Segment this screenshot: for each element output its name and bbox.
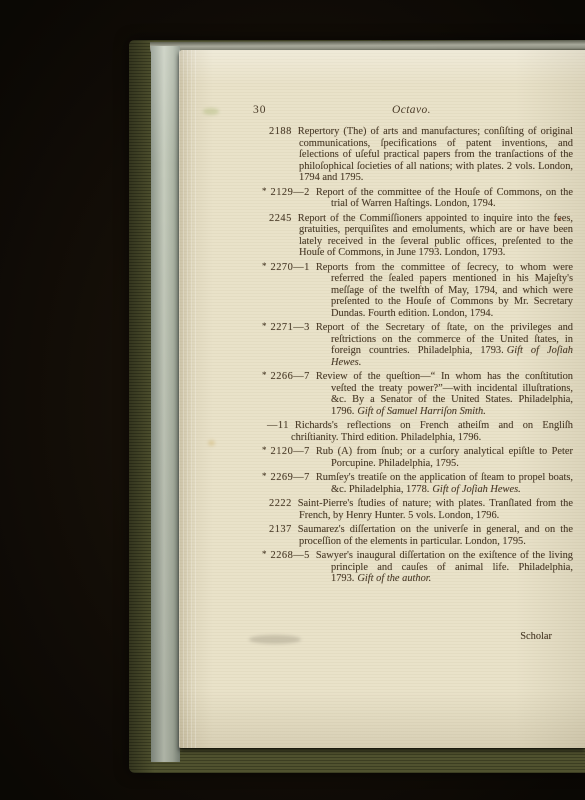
entry-text: Saumarez's diſſertation on the univerſe … — [298, 524, 573, 547]
catalog-entry: —11Richards's reflections on French athe… — [267, 420, 573, 443]
entry-number: 2222 — [269, 498, 292, 509]
entry-text: Report of the committee of the Houſe of … — [316, 187, 573, 210]
gift-note: Gift of Joſiah Hewes. — [432, 484, 520, 495]
entry-number: 2268—5 — [271, 550, 310, 561]
entry-text: Report of the Commiſſioners appointed to… — [298, 213, 573, 259]
catalog-entry: 2245Report of the Commiſſioners appointe… — [269, 213, 573, 259]
ownership-star-icon: * — [262, 321, 267, 331]
entry-text: Richards's reflections on French atheiſm… — [291, 420, 573, 443]
ownership-star-icon: * — [262, 370, 267, 380]
gift-note: Gift of the author. — [357, 573, 431, 584]
ownership-star-icon: * — [262, 471, 267, 481]
entry-text: Saint-Pierre's ſtudies of nature; with p… — [298, 498, 573, 521]
book-photo: 30 Octavo. 2188Repertory (The) of arts a… — [0, 0, 585, 800]
entry-number: 2271—3 — [271, 322, 310, 333]
catalog-page: 30 Octavo. 2188Repertory (The) of arts a… — [179, 50, 585, 748]
entries: 2188Repertory (The) of arts and manufact… — [179, 126, 576, 588]
catalog-entry: 2222Saint-Pierre's ſtudies of nature; wi… — [269, 498, 573, 521]
entry-number: 2245 — [269, 213, 292, 224]
entry-number: 2129—2 — [271, 187, 310, 198]
entry-text: Sawyer's inaugural diſſertation on the e… — [316, 550, 573, 584]
entry-number: 2269—7 — [271, 472, 310, 483]
catalog-entry: *2271—3Report of the Secretary of ſtate,… — [262, 322, 573, 368]
ownership-star-icon: * — [262, 261, 267, 271]
catalog-entry: *2129—2Report of the committee of the Ho… — [262, 187, 573, 210]
catalog-entry: *2270—1Reports from the committee of ſec… — [262, 262, 573, 320]
ownership-star-icon: * — [262, 186, 267, 196]
catalog-entry: 2188Repertory (The) of arts and manufact… — [269, 126, 573, 184]
entry-number: 2120—7 — [271, 446, 310, 457]
catalog-entry: *2268—5Sawyer's inaugural diſſertation o… — [262, 550, 573, 585]
gift-note: Gift of Samuel Harriſon Smith. — [357, 406, 485, 417]
ownership-star-icon: * — [262, 445, 267, 455]
hinge-cloth-strip — [151, 46, 180, 762]
catalog-entry: *2269—7Rumſey's treatiſe on the applicat… — [262, 472, 573, 495]
catalog-entry: *2266—7Review of the queſtion—“ In whom … — [262, 371, 573, 417]
ownership-star-icon: * — [262, 549, 267, 559]
entry-number: 2188 — [269, 126, 292, 137]
entry-number: —11 — [267, 420, 289, 431]
entry-text: Rub (A) from ſnub; or a curſory analytic… — [316, 446, 573, 469]
catalog-entry: 2137Saumarez's diſſertation on the unive… — [269, 524, 573, 547]
entry-text: Reports from the committee of ſecrecy, t… — [316, 262, 573, 319]
entry-number: 2270—1 — [271, 262, 310, 273]
paper-stain — [203, 108, 219, 115]
entry-number: 2137 — [269, 524, 292, 535]
paper-stain — [249, 635, 301, 644]
catchword: Scholar — [520, 631, 552, 642]
running-title: Octavo. — [392, 104, 431, 116]
entry-number: 2266—7 — [271, 371, 310, 382]
page-number: 30 — [253, 104, 267, 116]
entry-text: Repertory (The) of arts and manufactures… — [298, 126, 573, 183]
catalog-entry: *2120—7Rub (A) from ſnub; or a curſory a… — [262, 446, 573, 469]
